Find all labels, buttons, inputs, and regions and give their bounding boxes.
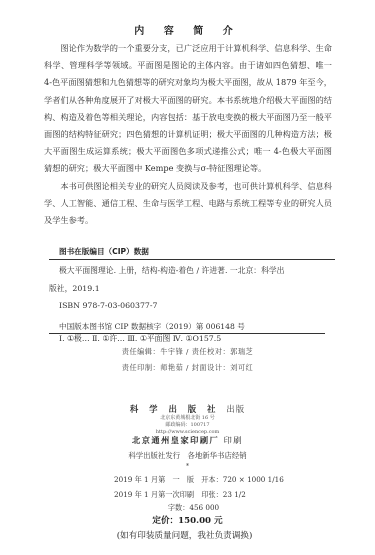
- abstract-paragraph-1: 图论作为数学的一个重要分支，已广泛应用于计算机科学、信息科学、生命科学、管理科学…: [44, 40, 332, 178]
- word-count: 字数：456 000: [0, 502, 375, 514]
- edition-line-2: 2019 年 1 月第一次印刷 印张：23 1/2: [114, 487, 284, 502]
- copyright-page: 内 容 简 介 图论作为数学的一个重要分支，已广泛应用于计算机科学、信息科学、生…: [0, 0, 375, 555]
- abstract-section: 图论作为数学的一个重要分支，已广泛应用于计算机科学、信息科学、生命科学、管理科学…: [44, 40, 332, 229]
- credits-production-line: 责任印制：师艳茹 / 封面设计：刘可红: [0, 360, 375, 376]
- edition-info: 2019 年 1 月第 一 版 开本：720 × 1000 1/16 2019 …: [114, 472, 284, 502]
- credits: 责任编辑：牛宇锋 / 责任校对：郭瑞芝 责任印制：师艳茹 / 封面设计：刘可红: [0, 344, 375, 376]
- publisher-name: 科 学 出 版 社: [130, 404, 220, 414]
- abstract-paragraph-2: 本书可供图论相关专业的研究人员阅读及参考，也可供计算机科学、信息科学、人工智能、…: [44, 178, 332, 230]
- publisher-postcode: 邮政编码：100717: [0, 422, 375, 429]
- publisher-suffix: 出版: [226, 404, 245, 414]
- cip-entry: 极大平面图理论. 上册，结构-构造-着色 / 许进著. 一北京：科学出 版社，2…: [49, 262, 325, 315]
- price: 定价：150.00 元: [0, 515, 375, 528]
- credits-editor-line: 责任编辑：牛宇锋 / 责任校对：郭瑞芝: [0, 344, 375, 360]
- isbn: ISBN 978-7-03-060377-7: [49, 297, 325, 315]
- printer-name: 北京通州皇家印刷厂: [132, 435, 219, 445]
- cip-entry-line-2: 版社，2019.1: [49, 280, 325, 298]
- cip-entry-line-1: 极大平面图理论. 上册，结构-构造-着色 / 许进著. 一北京：科学出: [49, 262, 325, 280]
- quality-note: (如有印装质量问题，我社负责调换): [0, 530, 375, 543]
- distribution-line: 科学出版社发行 各地新华书店经销: [0, 450, 375, 462]
- cip-record-number: 中国版本图书馆 CIP 数据核字（2019）第 006148 号: [49, 321, 325, 334]
- page-title: 内 容 简 介: [0, 22, 375, 37]
- publisher-name-line: 科 学 出 版 社 出版: [0, 403, 375, 415]
- printer-line: 北京通州皇家印刷厂 印刷: [0, 434, 375, 446]
- star-separator: *: [0, 462, 375, 472]
- publisher-block: 科 学 出 版 社 出版 北京东黄城根北街 16 号 邮政编码：100717 h…: [0, 403, 375, 437]
- printer-suffix: 印刷: [224, 435, 243, 445]
- cip-header: 图书在版编目（CIP）数据: [49, 246, 335, 260]
- edition-line-1: 2019 年 1 月第 一 版 开本：720 × 1000 1/16: [114, 472, 284, 487]
